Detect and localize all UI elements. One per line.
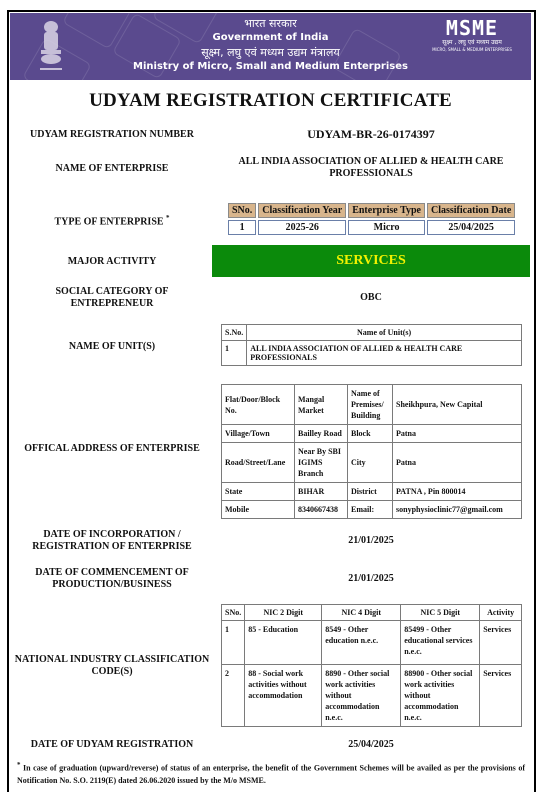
social-category-label: SOCIAL CATEGORY OF ENTREPRENEUR (14, 286, 210, 310)
msme-logo-english: MICRO, SMALL & MEDIUM ENTERPRISES (427, 47, 517, 53)
classification-cell: 25/04/2025 (427, 220, 515, 235)
units-header-cell: S.No. (222, 325, 247, 341)
header-banner: भारत सरकार Government of India सूक्ष्म, … (10, 13, 531, 80)
address-cell: Road/Street/Lane (222, 443, 295, 483)
address-cell: Block (348, 425, 393, 443)
enterprise-name-label: NAME OF ENTERPRISE (14, 163, 210, 175)
classification-cell: 1 (228, 220, 256, 235)
classification-header-cell: Enterprise Type (348, 203, 425, 218)
classification-header-cell: SNo. (228, 203, 256, 218)
nic-header-row: SNo.NIC 2 DigitNIC 4 DigitNIC 5 DigitAct… (222, 605, 522, 621)
msme-logo: MSME सूक्ष्म , लघु एवं मध्यम उद्यम MICRO… (427, 18, 517, 53)
nic-row: 288 - Social work activities without acc… (222, 665, 522, 727)
address-cell: District (348, 483, 393, 501)
address-cell: City (348, 443, 393, 483)
address-cell: Patna (393, 443, 522, 483)
address-cell: Email: (348, 501, 393, 519)
nic-cell: 2 (222, 665, 245, 727)
address-cell: Mangal Market (295, 385, 348, 425)
units-cell: 1 (222, 341, 247, 366)
nic-header-cell: NIC 2 Digit (245, 605, 322, 621)
address-cell: Patna (393, 425, 522, 443)
type-of-enterprise-label: TYPE OF ENTERPRISE * (14, 212, 210, 228)
nic-cell: 1 (222, 621, 245, 665)
nic-label: NATIONAL INDUSTRY CLASSIFICATION CODE(S) (14, 654, 210, 678)
classification-cell: Micro (348, 220, 425, 235)
nic-header-cell: NIC 4 Digit (322, 605, 401, 621)
udyam-date-value: 25/04/2025 (212, 739, 530, 751)
address-row: Flat/Door/Block No.Mangal MarketName of … (222, 385, 522, 425)
units-cell: ALL INDIA ASSOCIATION OF ALLIED & HEALTH… (247, 341, 522, 366)
footnote: * In case of graduation (upward/reverse)… (17, 759, 525, 787)
address-cell: Bailley Road (295, 425, 348, 443)
nic-cell: 85499 - Other educational services n.e.c… (401, 621, 480, 665)
commencement-date: 21/01/2025 (212, 573, 530, 585)
address-row: StateBIHARDistrictPATNA , Pin 800014 (222, 483, 522, 501)
classification-header-cell: Classification Year (258, 203, 346, 218)
major-activity-value: SERVICES (212, 245, 530, 277)
major-activity-label: MAJOR ACTIVITY (14, 256, 210, 268)
address-cell: Near By SBI IGIMS Branch (295, 443, 348, 483)
address-cell: 8340667438 (295, 501, 348, 519)
footnote-text: In case of graduation (upward/reverse) o… (17, 764, 525, 785)
address-table: Flat/Door/Block No.Mangal MarketName of … (221, 384, 522, 519)
nic-cell: 85 - Education (245, 621, 322, 665)
reg-number-label: UDYAM REGISTRATION NUMBER (14, 129, 210, 141)
classification-row: 12025-26Micro25/04/2025 (228, 220, 515, 235)
nic-header-cell: Activity (480, 605, 522, 621)
nic-table: SNo.NIC 2 DigitNIC 4 DigitNIC 5 DigitAct… (221, 604, 522, 727)
nic-cell: Services (480, 621, 522, 665)
nic-cell: Services (480, 665, 522, 727)
address-cell: Village/Town (222, 425, 295, 443)
address-cell: Sheikhpura, New Capital (393, 385, 522, 425)
classification-header-row: SNo.Classification YearEnterprise TypeCl… (228, 203, 515, 218)
units-header-cell: Name of Unit(s) (247, 325, 522, 341)
address-cell: BIHAR (295, 483, 348, 501)
type-label-text: TYPE OF ENTERPRISE (54, 216, 163, 227)
incorporation-date: 21/01/2025 (212, 535, 530, 547)
address-cell: State (222, 483, 295, 501)
units-table: S.No.Name of Unit(s) 1ALL INDIA ASSOCIAT… (221, 324, 522, 366)
address-cell: sonyphysioclinic77@gmail.com (393, 501, 522, 519)
address-cell: Name of Premises/ Building (348, 385, 393, 425)
enterprise-name-value: ALL INDIA ASSOCIATION OF ALLIED & HEALTH… (212, 156, 530, 180)
address-cell: PATNA , Pin 800014 (393, 483, 522, 501)
address-label: OFFICAL ADDRESS OF ENTERPRISE (14, 443, 210, 455)
address-row: Road/Street/LaneNear By SBI IGIMS Branch… (222, 443, 522, 483)
certificate-title: UDYAM REGISTRATION CERTIFICATE (0, 90, 541, 112)
msme-logo-mark: MSME (427, 18, 517, 38)
classification-cell: 2025-26 (258, 220, 346, 235)
address-row: Mobile8340667438Email:sonyphysioclinic77… (222, 501, 522, 519)
asterisk-marker: * (166, 214, 170, 222)
reg-number-value: UDYAM-BR-26-0174397 (212, 128, 530, 140)
nic-cell: 8890 - Other social work activities with… (322, 665, 401, 727)
address-row: Village/TownBailley RoadBlockPatna (222, 425, 522, 443)
nic-header-cell: SNo. (222, 605, 245, 621)
units-label: NAME OF UNIT(S) (14, 341, 210, 353)
units-row: 1ALL INDIA ASSOCIATION OF ALLIED & HEALT… (222, 341, 522, 366)
msme-logo-hindi: सूक्ष्म , लघु एवं मध्यम उद्यम (427, 38, 517, 47)
nic-header-cell: NIC 5 Digit (401, 605, 480, 621)
nic-cell: 88 - Social work activities without acco… (245, 665, 322, 727)
banner-ministry: Ministry of Micro, Small and Medium Ente… (10, 60, 531, 74)
units-header-row: S.No.Name of Unit(s) (222, 325, 522, 341)
commencement-label: DATE OF COMMENCEMENT OF PRODUCTION/BUSIN… (14, 567, 210, 591)
nic-cell: 8549 - Other education n.e.c. (322, 621, 401, 665)
nic-row: 185 - Education8549 - Other education n.… (222, 621, 522, 665)
address-cell: Mobile (222, 501, 295, 519)
udyam-date-label: DATE OF UDYAM REGISTRATION (14, 739, 210, 751)
address-cell: Flat/Door/Block No. (222, 385, 295, 425)
social-category-value: OBC (212, 292, 530, 304)
nic-cell: 88900 - Other social work activities wit… (401, 665, 480, 727)
classification-table: SNo.Classification YearEnterprise TypeCl… (226, 201, 517, 237)
incorporation-label: DATE OF INCORPORATION / REGISTRATION OF … (14, 529, 210, 553)
classification-header-cell: Classification Date (427, 203, 515, 218)
